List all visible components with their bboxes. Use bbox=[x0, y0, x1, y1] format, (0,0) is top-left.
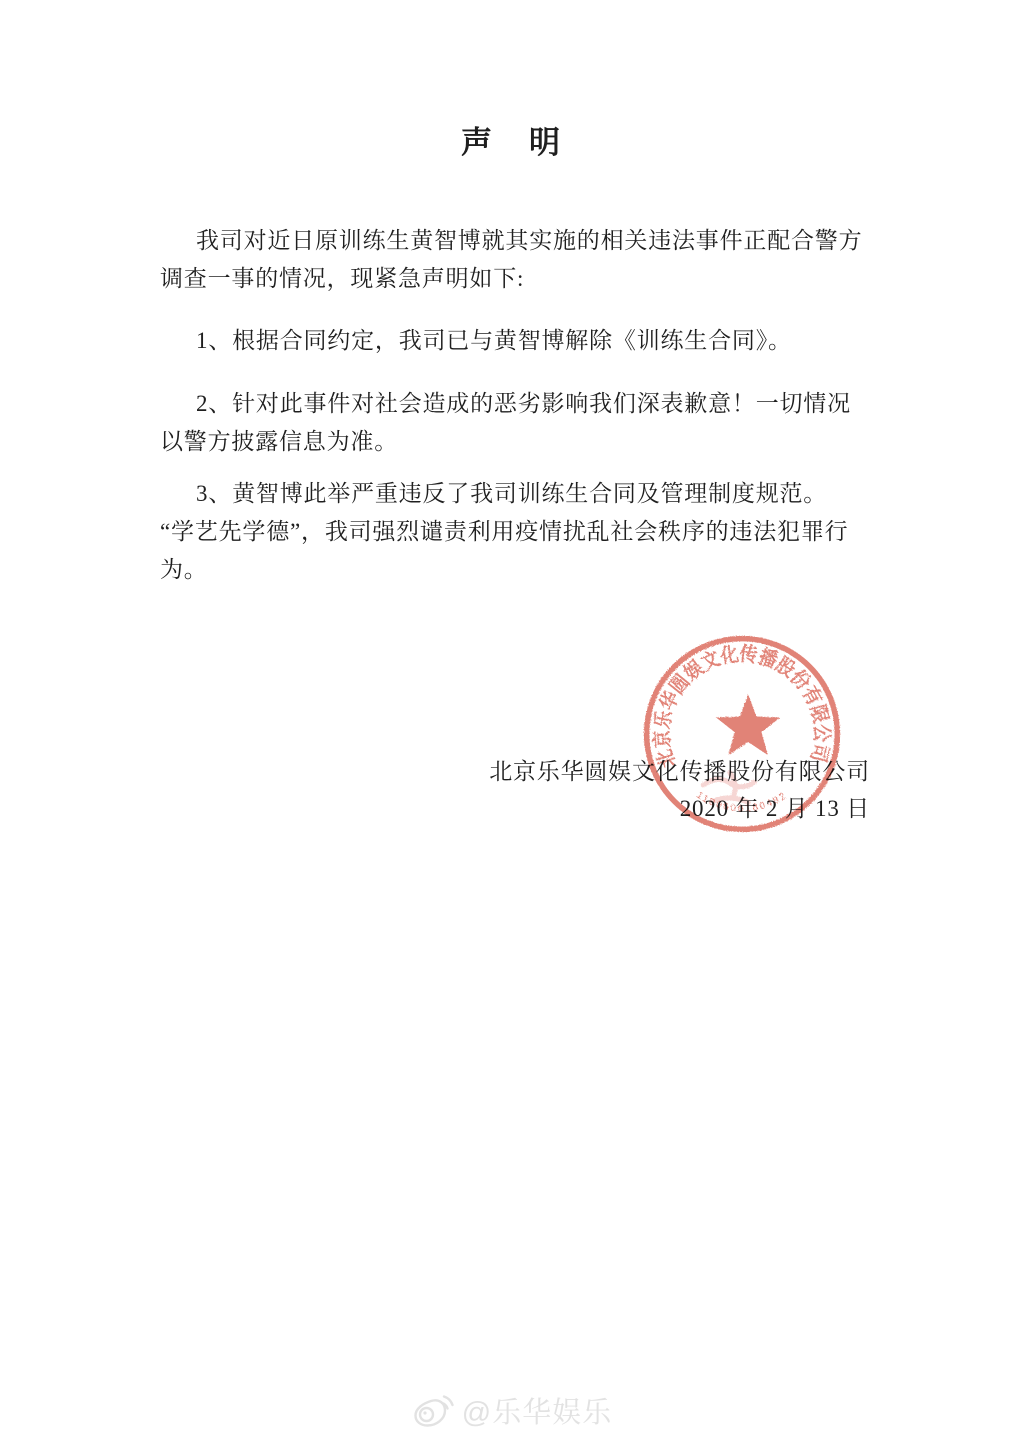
paragraph-point-1: 1、根据合同约定，我司已与黄智博解除《训练生合同》。 bbox=[160, 322, 874, 360]
intro-line-1: 我司对近日原训练生黄智博就其实施的相关违法事件正配合警方 bbox=[196, 228, 862, 253]
point3-line-1: 3、黄智博此举严重违反了我司训练生合同及管理制度规范。 bbox=[196, 481, 827, 506]
watermark-text: @乐华娱乐 bbox=[462, 1390, 612, 1431]
document-title: 声 明 bbox=[0, 124, 1024, 162]
seal-ring-text: 北京乐华圆娱文化传播股份有限公司 bbox=[650, 642, 833, 771]
point2-line-2: 以警方披露信息为准。 bbox=[160, 429, 398, 454]
paragraph-intro: 我司对近日原训练生黄智博就其实施的相关违法事件正配合警方调查一事的情况，现紧急声… bbox=[160, 222, 874, 298]
point2-line-1: 2、针对此事件对社会造成的恶劣影响我们深表歉意！一切情况 bbox=[196, 391, 851, 416]
point3-line-3: 为。 bbox=[160, 557, 208, 582]
point3-line-2: “学艺先学德”，我司强烈谴责利用疫情扰乱社会秩序的违法犯罪行 bbox=[160, 519, 848, 544]
weibo-icon bbox=[412, 1392, 454, 1430]
paragraph-point-2: 2、针对此事件对社会造成的恶劣影响我们深表歉意！一切情况以警方披露信息为准。 bbox=[160, 385, 874, 461]
signature-company: 北京乐华圆娱文化传播股份有限公司 bbox=[489, 753, 870, 790]
paragraph-point-3: 3、黄智博此举严重违反了我司训练生合同及管理制度规范。“学艺先学德”，我司强烈谴… bbox=[160, 475, 874, 589]
statement-document: 声 明 我司对近日原训练生黄智博就其实施的相关违法事件正配合警方调查一事的情况，… bbox=[0, 0, 1024, 1449]
intro-line-2: 调查一事的情况，现紧急声明如下: bbox=[160, 266, 524, 291]
signature-date: 2020 年 2 月 13 日 bbox=[489, 790, 870, 827]
point1-line-1: 1、根据合同约定，我司已与黄智博解除《训练生合同》。 bbox=[196, 328, 792, 353]
watermark: @乐华娱乐 bbox=[0, 1390, 1024, 1431]
signature-block: 北京乐华圆娱文化传播股份有限公司 2020 年 2 月 13 日 bbox=[489, 753, 870, 827]
seal-star-icon bbox=[716, 694, 780, 755]
